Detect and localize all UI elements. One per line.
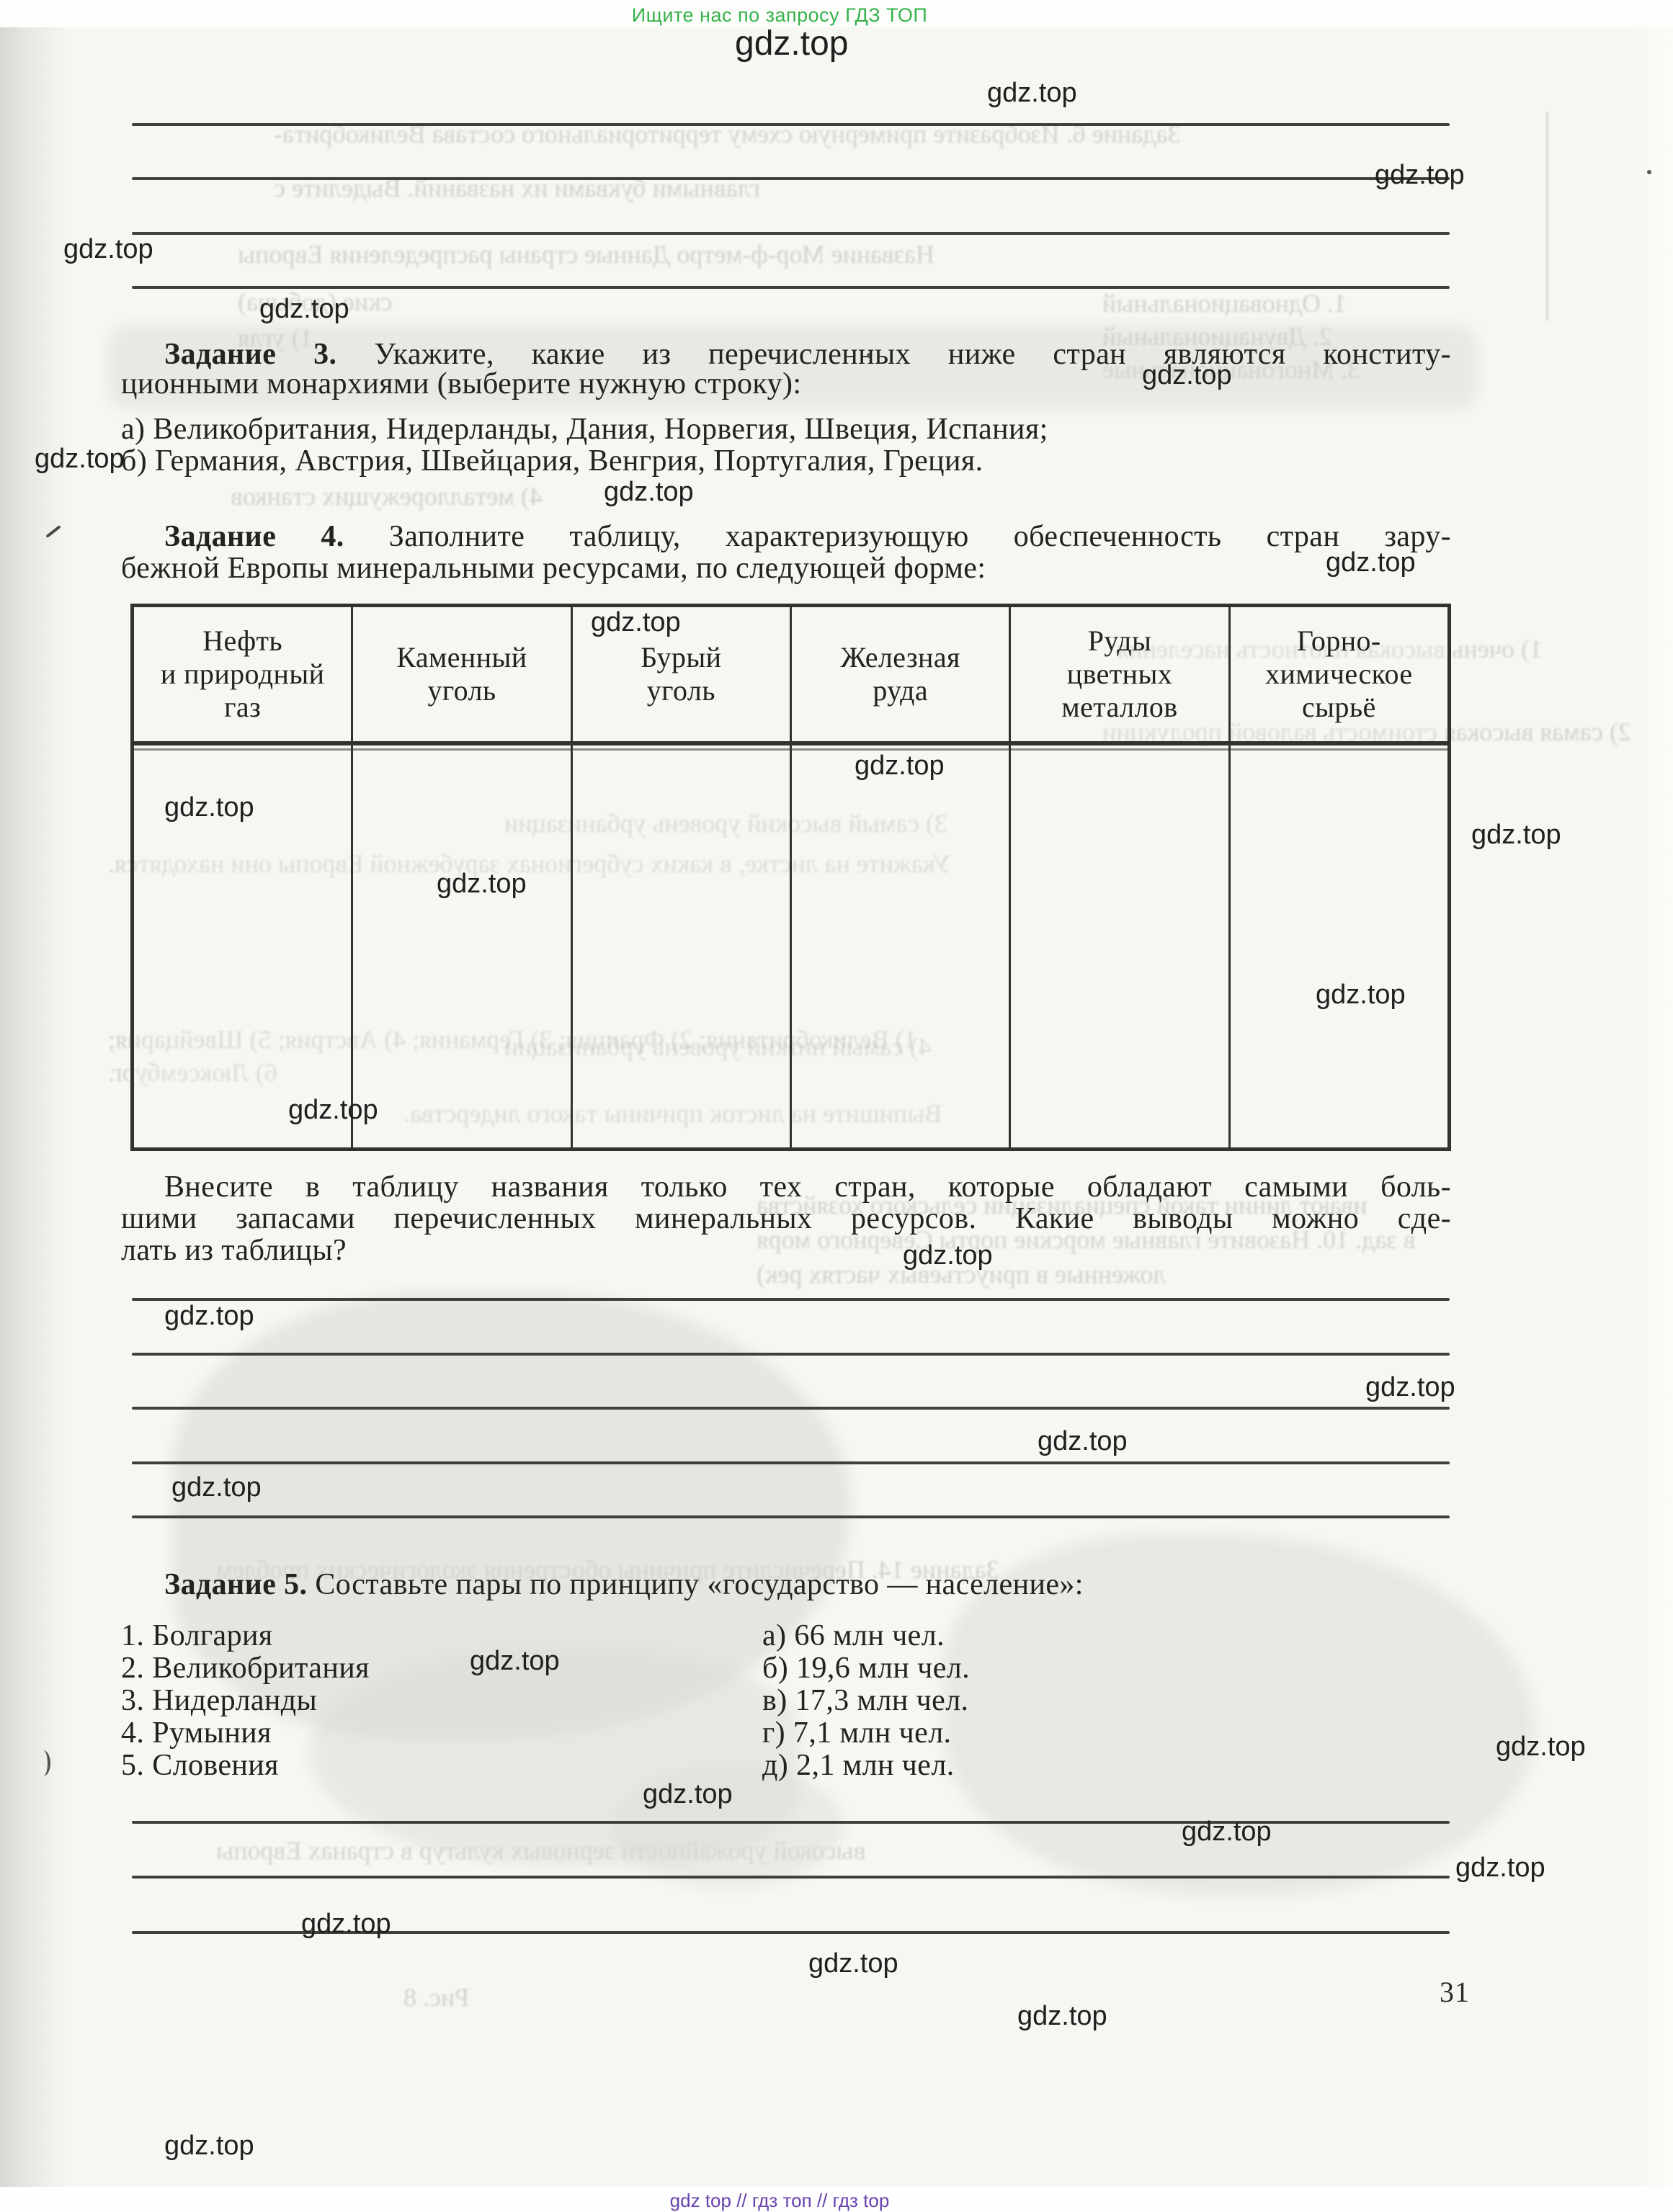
gdz-watermark: gdz.top — [643, 1779, 733, 1810]
gdz-watermark: gdz.top — [164, 1301, 254, 1332]
gdz-watermark: gdz.top — [735, 24, 848, 63]
gdz-watermark: gdz.top — [259, 294, 349, 325]
gdz-watermark: gdz.top — [1496, 1732, 1586, 1763]
ink-dot — [1647, 170, 1651, 174]
table-body-cell-hard-coal — [353, 745, 572, 1147]
gdz-watermark: gdz.top — [1182, 1817, 1272, 1848]
scan-right-edge — [1623, 0, 1673, 2212]
after-table-line-3: лать из таблицы? — [121, 1232, 347, 1270]
bleed-vertical-line — [1546, 112, 1548, 321]
table-header-mining-chem: Горно- химическое сырьё — [1231, 607, 1447, 741]
task4-line-2: бежной Европы минеральными ресурсами, по… — [121, 550, 986, 588]
bleed-ghost-text: Название Мор-ф-метро Данные страны распр… — [238, 239, 934, 269]
gdz-watermark: gdz.top — [855, 751, 945, 782]
gdz-watermark: gdz.top — [1471, 820, 1561, 851]
ruled-line — [132, 177, 1450, 180]
ruled-line — [132, 1298, 1450, 1301]
ruled-line — [132, 1353, 1450, 1356]
gdz-watermark: gdz.top — [1455, 1853, 1545, 1884]
gdz-watermark: gdz.top — [164, 792, 254, 823]
table-header-hard-coal: Каменный уголь — [353, 607, 572, 741]
task5-population-d: д) 2,1 млн чел. — [762, 1747, 955, 1785]
table-header-oil-gas: Нефть и природный газ — [134, 607, 353, 741]
ruled-line — [132, 232, 1450, 235]
task5-title: Задание 5. Составьте пары по принципу «г… — [164, 1567, 1084, 1604]
gdz-watermark: gdz.top — [808, 1948, 898, 1979]
gdz-watermark: gdz.top — [1365, 1372, 1455, 1403]
table-body-cell-iron-ore — [792, 745, 1011, 1147]
scan-left-edge — [0, 0, 72, 2212]
gdz-watermark: gdz.top — [987, 78, 1077, 109]
ink-dot — [867, 353, 870, 358]
table-header-row: Нефть и природный газ Каменный уголь Бур… — [134, 607, 1447, 745]
table-body-row — [134, 745, 1447, 1147]
page-number: 31 — [1391, 1975, 1470, 2009]
bleed-ghost-text: 1. Одновациональный — [1102, 288, 1347, 318]
gdz-watermark: gdz.top — [470, 1646, 560, 1677]
bleed-ghost-text: 4) металлорежущих станков — [231, 481, 543, 511]
gdz-watermark: gdz.top — [1142, 360, 1232, 391]
gdz-watermark: gdz.top — [288, 1095, 378, 1126]
task4-label: Задание 4. — [164, 520, 344, 553]
footer-text: gdz top // гдз топ // гдз top — [670, 2190, 890, 2212]
gdz-watermark: gdz.top — [164, 2131, 254, 2162]
gdz-watermark: gdz.top — [171, 1472, 262, 1503]
table-header-iron-ore: Железная руда — [792, 607, 1011, 741]
ruled-line — [132, 1515, 1450, 1518]
gdz-watermark: gdz.top — [1316, 980, 1406, 1011]
gdz-watermark: gdz.top — [1375, 160, 1465, 191]
gdz-watermark: gdz.top — [63, 234, 153, 265]
task3-option-b: б) Германия, Австрия, Швейцария, Венгрия… — [121, 443, 983, 480]
gdz-watermark: gdz.top — [604, 477, 694, 508]
ruled-line — [132, 1876, 1450, 1879]
bleed-ghost-text: Рис. 8 — [403, 1982, 469, 2012]
task5-title-text: Составьте пары по принципу «государство … — [307, 1568, 1083, 1601]
table-header-nonferrous: Руды цветных металлов — [1011, 607, 1230, 741]
table-header-double-rule — [134, 748, 1447, 751]
table-body-cell-brown-coal — [573, 745, 792, 1147]
gdz-watermark: gdz.top — [903, 1240, 993, 1271]
task5-state-5: 5. Словения — [121, 1747, 279, 1785]
scanned-workbook-page: Рис. 8высокой урожайности зерновых культ… — [0, 0, 1673, 2212]
ruled-line — [132, 1461, 1450, 1464]
task4-line1-text: Заполните таблицу, характеризующую обесп… — [344, 520, 1451, 553]
gdz-watermark: gdz.top — [591, 607, 681, 638]
resources-table: Нефть и природный газ Каменный уголь Бур… — [130, 604, 1451, 1151]
task5-label: Задание 5. — [164, 1568, 307, 1601]
gdz-watermark: gdz.top — [35, 444, 125, 475]
ruled-line — [132, 123, 1450, 126]
task3-line-2: ционными монархиями (выберите нужную стр… — [121, 366, 801, 403]
gdz-watermark: gdz.top — [301, 1909, 391, 1940]
gdz-watermark: gdz.top — [1038, 1426, 1128, 1457]
table-body-cell-nonferrous — [1011, 745, 1230, 1147]
ruled-line — [132, 286, 1450, 289]
ruled-line — [132, 1407, 1450, 1410]
gdz-watermark: gdz.top — [1017, 2001, 1107, 2032]
gdz-watermark: gdz.top — [437, 869, 527, 900]
table-body-cell-mining-chem — [1231, 745, 1447, 1147]
gdz-watermark: gdz.top — [1326, 547, 1416, 578]
pen-mark — [36, 1750, 50, 1776]
